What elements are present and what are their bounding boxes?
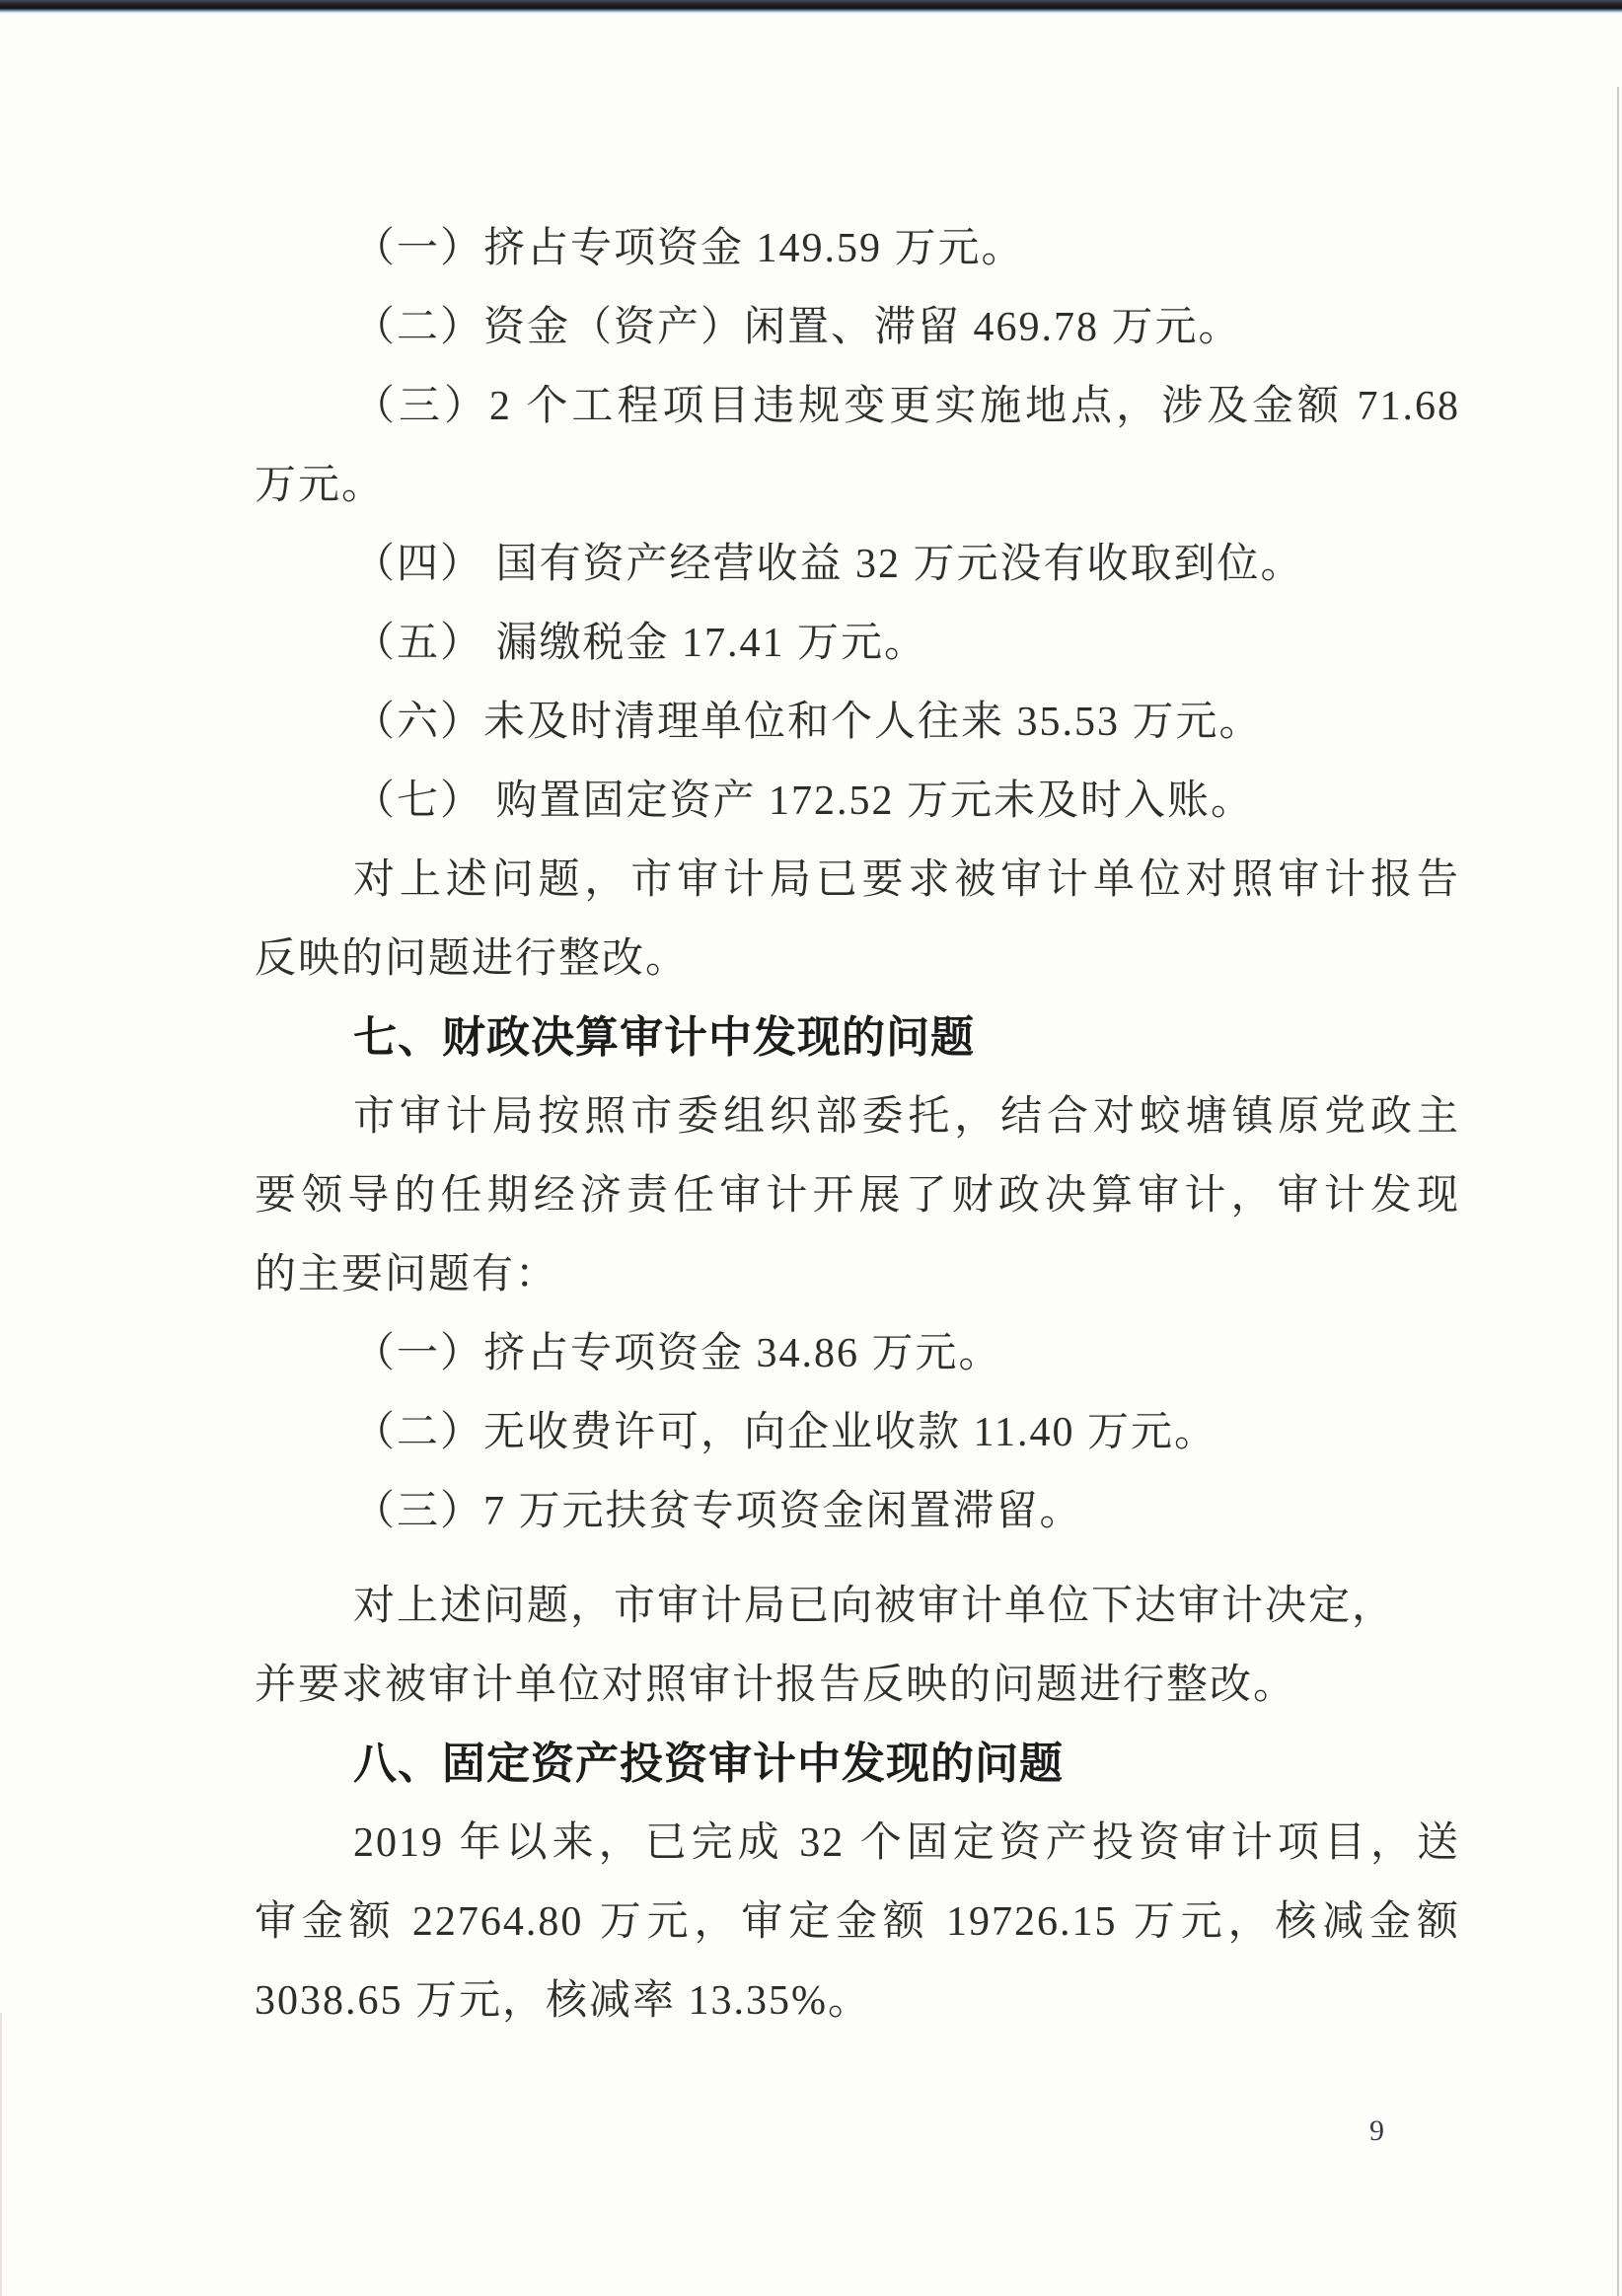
document-line: （三）2 个工程项目违规变更实施地点，涉及金额 71.68 (255, 367, 1460, 446)
document-line: （二）资金（资产）闲置、滞留 469.78 万元。 (255, 288, 1460, 367)
document-line: 并要求被审计单位对照审计报告反映的问题进行整改。 (255, 1646, 1460, 1725)
scan-right-edge (1617, 87, 1619, 2296)
document-line: （三）7 万元扶贫专项资金闲置滞留。 (255, 1472, 1460, 1551)
document-line: 对上述问题，市审计局已向被审计单位下达审计决定， (255, 1567, 1460, 1646)
document-line: 万元。 (255, 446, 1460, 525)
scan-left-edge (0, 2013, 2, 2296)
document-line: （五） 漏缴税金 17.41 万元。 (255, 604, 1460, 683)
document-line: 审金额 22764.80 万元，审定金额 19726.15 万元，核减金额 (255, 1883, 1460, 1962)
page-number: 9 (1369, 2111, 1384, 2151)
document-line: （一）挤占专项资金 34.86 万元。 (255, 1314, 1460, 1393)
document-line: 对上述问题，市审计局已要求被审计单位对照审计报告 (255, 841, 1460, 920)
scan-top-edge (0, 0, 1622, 14)
document-line: （七） 购置固定资产 172.52 万元未及时入账。 (255, 762, 1460, 841)
document-line: 3038.65 万元，核减率 13.35%。 (255, 1962, 1460, 2040)
document-line: 反映的问题进行整改。 (255, 920, 1460, 999)
document-line: （二）无收费许可，向企业收款 11.40 万元。 (255, 1393, 1460, 1472)
document-line: （一）挤占专项资金 149.59 万元。 (255, 209, 1460, 288)
document-line: （六）未及时清理单位和个人往来 35.53 万元。 (255, 683, 1460, 762)
document-line: 市审计局按照市委组织部委托，结合对蛟塘镇原党政主 (255, 1077, 1460, 1156)
section-heading: 七、财政决算审计中发现的问题 (255, 999, 1460, 1077)
document-line: 要领导的任期经济责任审计开展了财政决算审计，审计发现 (255, 1156, 1460, 1235)
document-line: 的主要问题有： (255, 1235, 1460, 1314)
page: （一）挤占专项资金 149.59 万元。（二）资金（资产）闲置、滞留 469.7… (0, 0, 1622, 2296)
document-line: 2019 年以来，已完成 32 个固定资产投资审计项目，送 (255, 1804, 1460, 1883)
section-heading: 八、固定资产投资审计中发现的问题 (255, 1725, 1460, 1804)
document-body: （一）挤占专项资金 149.59 万元。（二）资金（资产）闲置、滞留 469.7… (255, 209, 1460, 2040)
document-line: （四） 国有资产经营收益 32 万元没有收取到位。 (255, 525, 1460, 604)
